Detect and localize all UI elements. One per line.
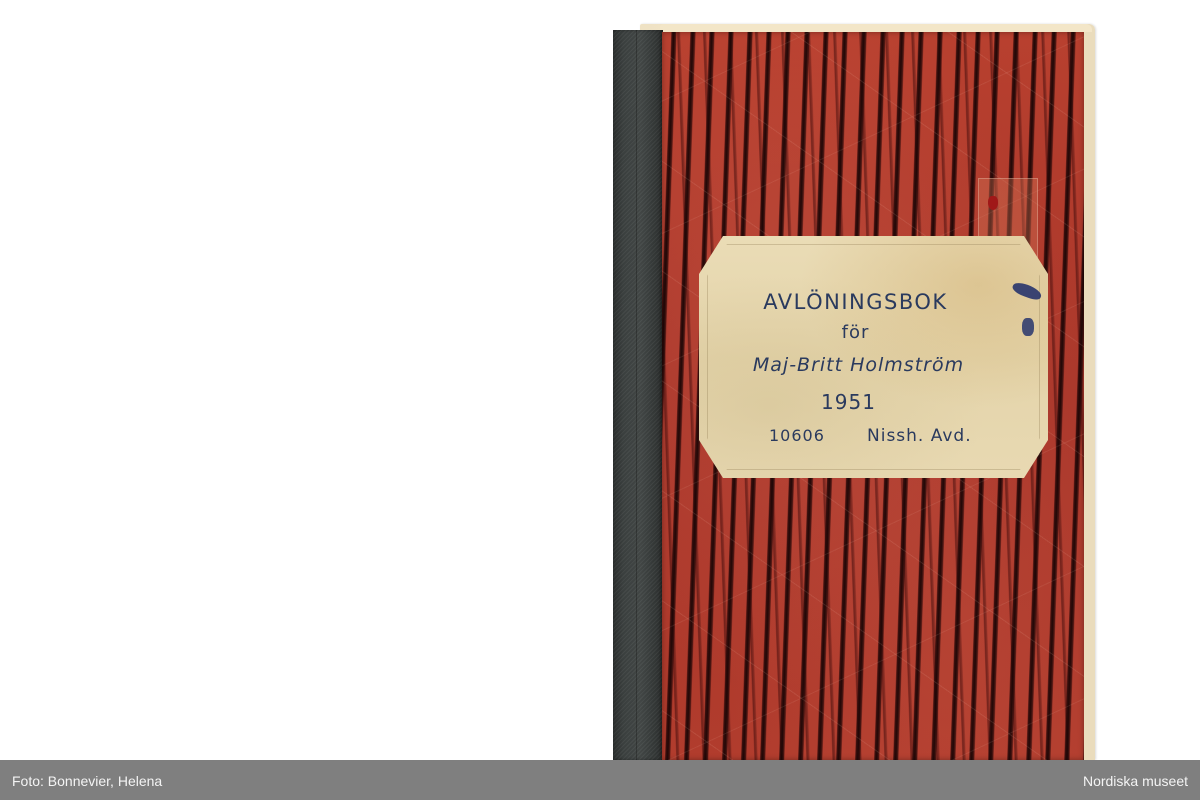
book-top-edge [660,24,1092,32]
institution-name: Nordiska museet [1083,773,1188,789]
label-title: AVLÖNINGSBOK [681,290,1030,314]
ink-smudge-small [1022,318,1034,336]
label-name: Maj-Britt Holmström [684,354,1033,376]
photo-credit: Foto: Bonnevier, Helena [12,773,162,789]
book-spine [613,30,663,760]
label-year: 1951 [674,390,1023,414]
photo-stage: AVLÖNINGSBOK för Maj-Britt Holmström 195… [0,0,1200,760]
cover-label: AVLÖNINGSBOK för Maj-Britt Holmström 195… [699,236,1048,478]
label-department: Nissh. Avd. [867,426,972,446]
caption-bar: Foto: Bonnevier, Helena Nordiska museet [0,760,1200,800]
label-for: för [681,322,1030,343]
spine-seam [636,30,637,760]
label-code: 10606 [769,426,825,445]
red-mark [988,196,998,210]
